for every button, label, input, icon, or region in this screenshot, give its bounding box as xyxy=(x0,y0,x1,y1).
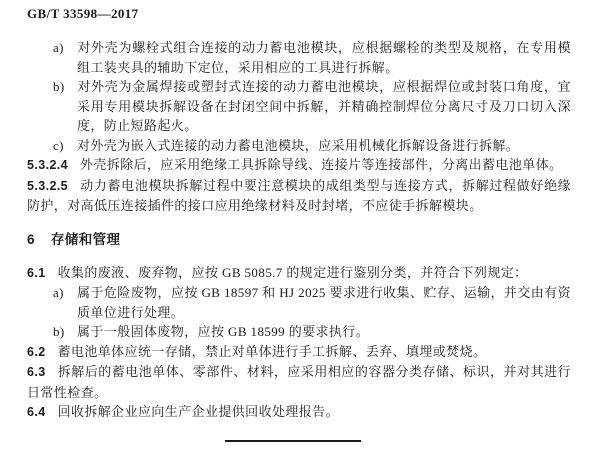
clause-number: 5.3.2.4 xyxy=(27,158,68,172)
list-item-a: a)对外壳为螺栓式组合连接的动力蓄电池模块，应根据螺栓的类型及规格，在专用模组工… xyxy=(27,38,571,77)
list-item-label: a) xyxy=(53,38,77,58)
list-item-text: 对外壳为嵌入式连接的动力蓄电池模块，应采用机械化拆解设备进行拆解。 xyxy=(77,138,519,153)
end-of-text-divider xyxy=(225,440,361,442)
clause-5-3-2-5: 5.3.2.5动力蓄电池模块拆解过程中要注意模块的成组类型与连接方式，拆解过程做… xyxy=(27,176,571,216)
clause-number: 6.1 xyxy=(27,266,46,280)
clause-text: 动力蓄电池模块拆解过程中要注意模块的成组类型与连接方式，拆解过程做好绝缘防护，对… xyxy=(27,178,571,214)
clause-number: 6.3 xyxy=(27,365,46,379)
document-page: GB/T 33598—2017 a)对外壳为螺栓式组合连接的动力蓄电池模块，应根… xyxy=(0,0,604,470)
list-item-text: 属于危险废物，应按 GB 18597 和 HJ 2025 要求进行收集、贮存、运… xyxy=(77,285,571,320)
list-item-b: b)属于一般固体废物，应按 GB 18599 的要求执行。 xyxy=(27,322,571,342)
list-item-label: b) xyxy=(53,77,77,97)
section-title: 存储和管理 xyxy=(51,232,121,247)
clause-number: 6.2 xyxy=(27,345,46,359)
clause-6-3: 6.3拆解后的蓄电池单体、零部件、材料，应采用相应的容器分类存储、标识，并对其进… xyxy=(27,362,571,402)
clause-text: 回收拆解企业应向生产企业提供回收处理报告。 xyxy=(58,404,339,419)
section-number: 6 xyxy=(27,232,35,247)
list-item-label: b) xyxy=(53,322,77,342)
clause-5-3-2-4: 5.3.2.4外壳拆除后，应采用绝缘工具拆除导线、连接片等连接部件，分离出蓄电池… xyxy=(27,155,571,176)
list-item-text: 属于一般固体废物，应按 GB 18599 的要求执行。 xyxy=(77,324,369,339)
clause-number: 6.4 xyxy=(27,405,46,419)
clause-6-4: 6.4回收拆解企业应向生产企业提供回收处理报告。 xyxy=(27,402,571,423)
clause-text: 蓄电池单体应统一存储，禁止对单体进行手工拆解、丢弃、填埋或焚烧。 xyxy=(58,344,487,359)
list-item-a: a)属于危险废物，应按 GB 18597 和 HJ 2025 要求进行收集、贮存… xyxy=(27,283,571,322)
list-item-label: c) xyxy=(53,136,77,156)
clause-text: 拆解后的蓄电池单体、零部件、材料，应采用相应的容器分类存储、标识，并对其进行日常… xyxy=(27,364,571,400)
clause-6-1: 6.1收集的废液、废弃物，应按 GB 5085.7 的规定进行鉴别分类，并符合下… xyxy=(27,263,571,284)
list-item-label: a) xyxy=(53,283,77,303)
list-item-b: b)对外壳为金属焊接或塑封式连接的动力蓄电池模块，应根据焊位或封装口角度，宜采用… xyxy=(27,77,571,136)
clause-6-2: 6.2蓄电池单体应统一存储，禁止对单体进行手工拆解、丢弃、填埋或焚烧。 xyxy=(27,342,571,363)
standard-number: GB/T 33598—2017 xyxy=(27,6,571,22)
clause-text: 收集的废液、废弃物，应按 GB 5085.7 的规定进行鉴别分类，并符合下列规定… xyxy=(58,265,528,280)
list-item-text: 对外壳为螺栓式组合连接的动力蓄电池模块，应根据螺栓的类型及规格，在专用模组工装夹… xyxy=(77,40,571,75)
waste-classification-list: a)属于危险废物，应按 GB 18597 和 HJ 2025 要求进行收集、贮存… xyxy=(27,283,571,342)
section-6-heading: 6存储和管理 xyxy=(27,230,571,250)
dismantling-method-list: a)对外壳为螺栓式组合连接的动力蓄电池模块，应根据螺栓的类型及规格，在专用模组工… xyxy=(27,38,571,155)
list-item-c: c)对外壳为嵌入式连接的动力蓄电池模块，应采用机械化拆解设备进行拆解。 xyxy=(27,136,571,156)
clause-text: 外壳拆除后，应采用绝缘工具拆除导线、连接片等连接部件，分离出蓄电池单体。 xyxy=(80,157,562,172)
clause-number: 5.3.2.5 xyxy=(27,179,68,193)
list-item-text: 对外壳为金属焊接或塑封式连接的动力蓄电池模块，应根据焊位或封装口角度，宜采用专用… xyxy=(77,79,571,133)
